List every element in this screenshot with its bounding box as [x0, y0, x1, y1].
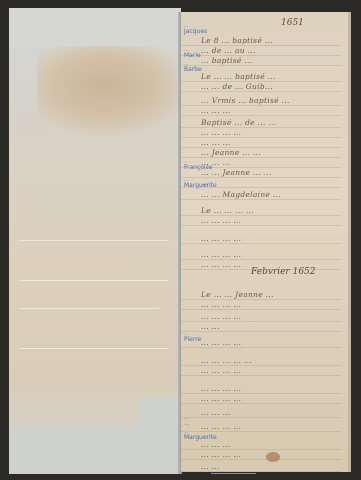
ruled-line	[181, 459, 341, 460]
margin-note-line: Pierre	[184, 337, 201, 342]
margin-note-line: Marie	[184, 53, 201, 58]
margin-note: ......	[184, 416, 190, 426]
ruled-line	[181, 417, 341, 418]
register-entry: ... ... ... ...	[201, 394, 241, 403]
register-entry: ... ... ... ...	[201, 300, 241, 309]
left-page	[9, 8, 181, 474]
register-entry: Le ... ... ... ...	[201, 206, 254, 215]
register-entry: ... ... ...	[201, 138, 231, 147]
torn-area-top	[9, 8, 181, 50]
header-year: 1651	[281, 18, 304, 28]
crease	[19, 308, 159, 309]
register-entry: ... Jeanne ... ...	[201, 148, 261, 157]
ruled-line	[181, 331, 341, 332]
crease	[19, 240, 169, 241]
stain	[37, 46, 187, 136]
ruled-line	[181, 269, 341, 270]
register-entry: ... ... ... ...	[201, 234, 241, 243]
ruled-line	[181, 199, 341, 200]
register-entry: ... ... ... ...	[201, 338, 241, 347]
register-entry: ... ... ... ...	[201, 366, 241, 375]
margin-note: ...Jacques	[184, 24, 207, 34]
ruled-line	[181, 65, 341, 66]
torn-area-bottom	[9, 428, 181, 474]
crease	[19, 280, 169, 281]
ruled-line	[181, 91, 341, 92]
register-entry: ... ... de ... Guib...	[201, 82, 273, 91]
margin-note-line: ...	[184, 421, 190, 426]
register-entry: Le ... ... Jeanne ...	[201, 290, 274, 299]
register-entry: ... ... ... ...	[201, 260, 241, 269]
register-entry: ... ... ... ... ...	[201, 356, 252, 365]
crease	[19, 348, 169, 349]
margin-note: ...Marguerite	[184, 430, 217, 440]
register-entry: ... ... ...	[201, 440, 231, 449]
margin-note-line: Marguerite	[184, 435, 217, 440]
register-entry: ... ... Magdelaine ...	[201, 190, 281, 199]
ruled-line	[181, 115, 341, 116]
margin-note: ...Françoise	[184, 160, 212, 170]
ruled-line	[181, 309, 341, 310]
register-entry: Le 8 ... baptisé ...	[201, 36, 273, 45]
register-entry: Baptisé ... de ... ...	[201, 118, 276, 127]
register-entry: ... ... ... ...	[201, 384, 241, 393]
margin-note: ...Marguerite	[184, 178, 217, 188]
ink-blot	[266, 452, 280, 462]
register-entry: ... ... ... ...	[201, 312, 241, 321]
register-entry: ... ... ... ...	[201, 250, 241, 259]
margin-note: ...Pierre	[184, 332, 201, 342]
margin-note-line: Barbe	[184, 67, 202, 72]
register-entry: ... de ... au ...	[201, 46, 256, 55]
register-entry: ... ... ... ...	[201, 216, 241, 225]
ruled-line	[181, 225, 341, 226]
margin-note: ...Barbe	[184, 62, 202, 72]
ruled-line	[181, 375, 341, 376]
ruled-line	[181, 243, 341, 244]
register-entry: ... ... ... ...	[201, 128, 241, 137]
register-entry: ... ...	[201, 462, 220, 471]
register-entry: ... ... ... ...	[201, 450, 241, 459]
ruled-line	[181, 347, 341, 348]
margin-note: ...Marie	[184, 48, 201, 58]
ruled-line	[181, 403, 341, 404]
ruled-line	[181, 471, 341, 472]
register-entry: Le ... ... baptisé ...	[201, 72, 276, 81]
right-page: 1651 Febvrier 1652 Le 8 ... baptisé ....…	[181, 12, 351, 472]
register-entry: ... Vrmis ... baptisé ...	[201, 96, 290, 105]
register-entry: ... ... ...	[201, 106, 231, 115]
underline	[211, 473, 256, 474]
register-entry: ... ...	[201, 322, 220, 331]
register-entry: ... baptisé ...	[201, 56, 252, 65]
register-entry: ... ... ...	[201, 408, 231, 417]
margin-note-line: Françoise	[184, 165, 212, 170]
margin-note-line: Jacques	[184, 29, 207, 34]
margin-note-line: Marguerite	[184, 183, 217, 188]
